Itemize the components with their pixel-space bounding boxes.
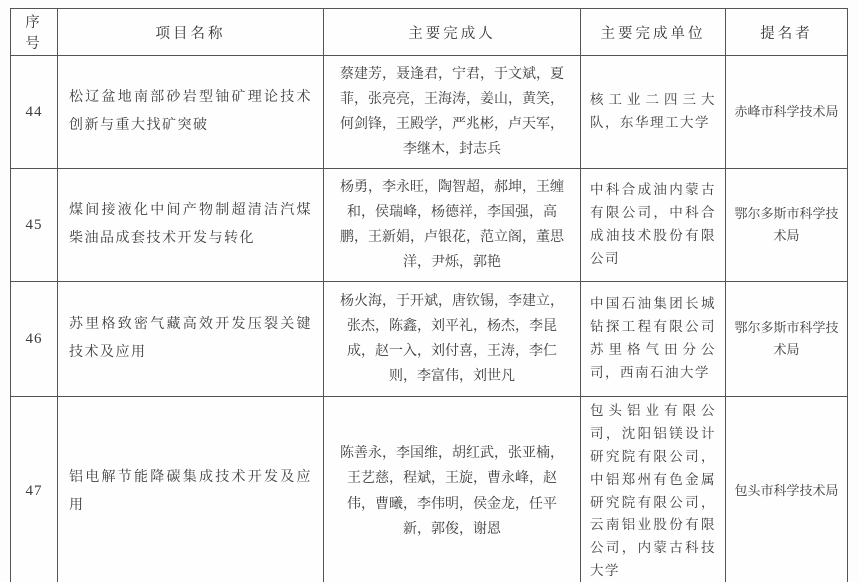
cell-contributors: 杨勇，李永旺，陶智超，郝坤，王缠和，侯瑞峰，杨德祥，李国强，高鹏，王新娟，卢银花… [324, 169, 581, 282]
header-cell-contributors: 主要完成人 [324, 9, 581, 56]
cell-project-name: 松辽盆地南部砂岩型铀矿理论技术创新与重大找矿突破 [58, 56, 324, 169]
table-header-row: 序号 项目名称 主要完成人 主要完成单位 提名者 [11, 9, 848, 56]
document-page: 序号 项目名称 主要完成人 主要完成单位 提名者 44 松辽盆地南部砂岩型铀矿理… [0, 0, 859, 582]
cell-project-name: 铝电解节能降碳集成技术开发及应用 [58, 397, 324, 582]
cell-contributors: 杨火海，于开斌，唐钦锡，李建立，张杰，陈鑫，刘平礼，杨杰，李昆成，赵一入，刘付喜… [324, 282, 581, 397]
cell-nominator: 包头市科学技术局 [726, 397, 848, 582]
cell-serial: 44 [11, 56, 58, 169]
header-cell-units: 主要完成单位 [581, 9, 726, 56]
cell-nominator: 赤峰市科学技术局 [726, 56, 848, 169]
cell-nominator: 鄂尔多斯市科学技术局 [726, 169, 848, 282]
cell-units: 核工业二四三大队，东华理工大学 [581, 56, 726, 169]
cell-units: 中科合成油内蒙古有限公司，中科合成油技术股份有限公司 [581, 169, 726, 282]
cell-units: 包头铝业有限公司，沈阳铝镁设计研究院有限公司，中铝郑州有色金属研究院有限公司，云… [581, 397, 726, 582]
header-cell-project-name: 项目名称 [58, 9, 324, 56]
award-projects-table: 序号 项目名称 主要完成人 主要完成单位 提名者 44 松辽盆地南部砂岩型铀矿理… [10, 8, 848, 582]
cell-units: 中国石油集团长城钻探工程有限公司苏里格气田分公司，西南石油大学 [581, 282, 726, 397]
cell-serial: 46 [11, 282, 58, 397]
header-cell-serial: 序号 [11, 9, 58, 56]
cell-contributors: 陈善永，李国维，胡红武，张亚楠，王艺慈，程斌，王旋，曹永峰，赵伟，曹曦，李伟明，… [324, 397, 581, 582]
table-row: 47 铝电解节能降碳集成技术开发及应用 陈善永，李国维，胡红武，张亚楠，王艺慈，… [11, 397, 848, 582]
table-row: 44 松辽盆地南部砂岩型铀矿理论技术创新与重大找矿突破 蔡建芳，聂逢君，宁君，于… [11, 56, 848, 169]
table-row: 46 苏里格致密气藏高效开发压裂关键技术及应用 杨火海，于开斌，唐钦锡，李建立，… [11, 282, 848, 397]
header-cell-nominator: 提名者 [726, 9, 848, 56]
cell-serial: 45 [11, 169, 58, 282]
cell-project-name: 苏里格致密气藏高效开发压裂关键技术及应用 [58, 282, 324, 397]
cell-contributors: 蔡建芳，聂逢君，宁君，于文斌，夏菲，张亮亮，王海涛，姜山，黄笑，何剑锋，王殿学，… [324, 56, 581, 169]
table-row: 45 煤间接液化中间产物制超清洁汽煤柴油品成套技术开发与转化 杨勇，李永旺，陶智… [11, 169, 848, 282]
cell-serial: 47 [11, 397, 58, 582]
cell-project-name: 煤间接液化中间产物制超清洁汽煤柴油品成套技术开发与转化 [58, 169, 324, 282]
cell-nominator: 鄂尔多斯市科学技术局 [726, 282, 848, 397]
